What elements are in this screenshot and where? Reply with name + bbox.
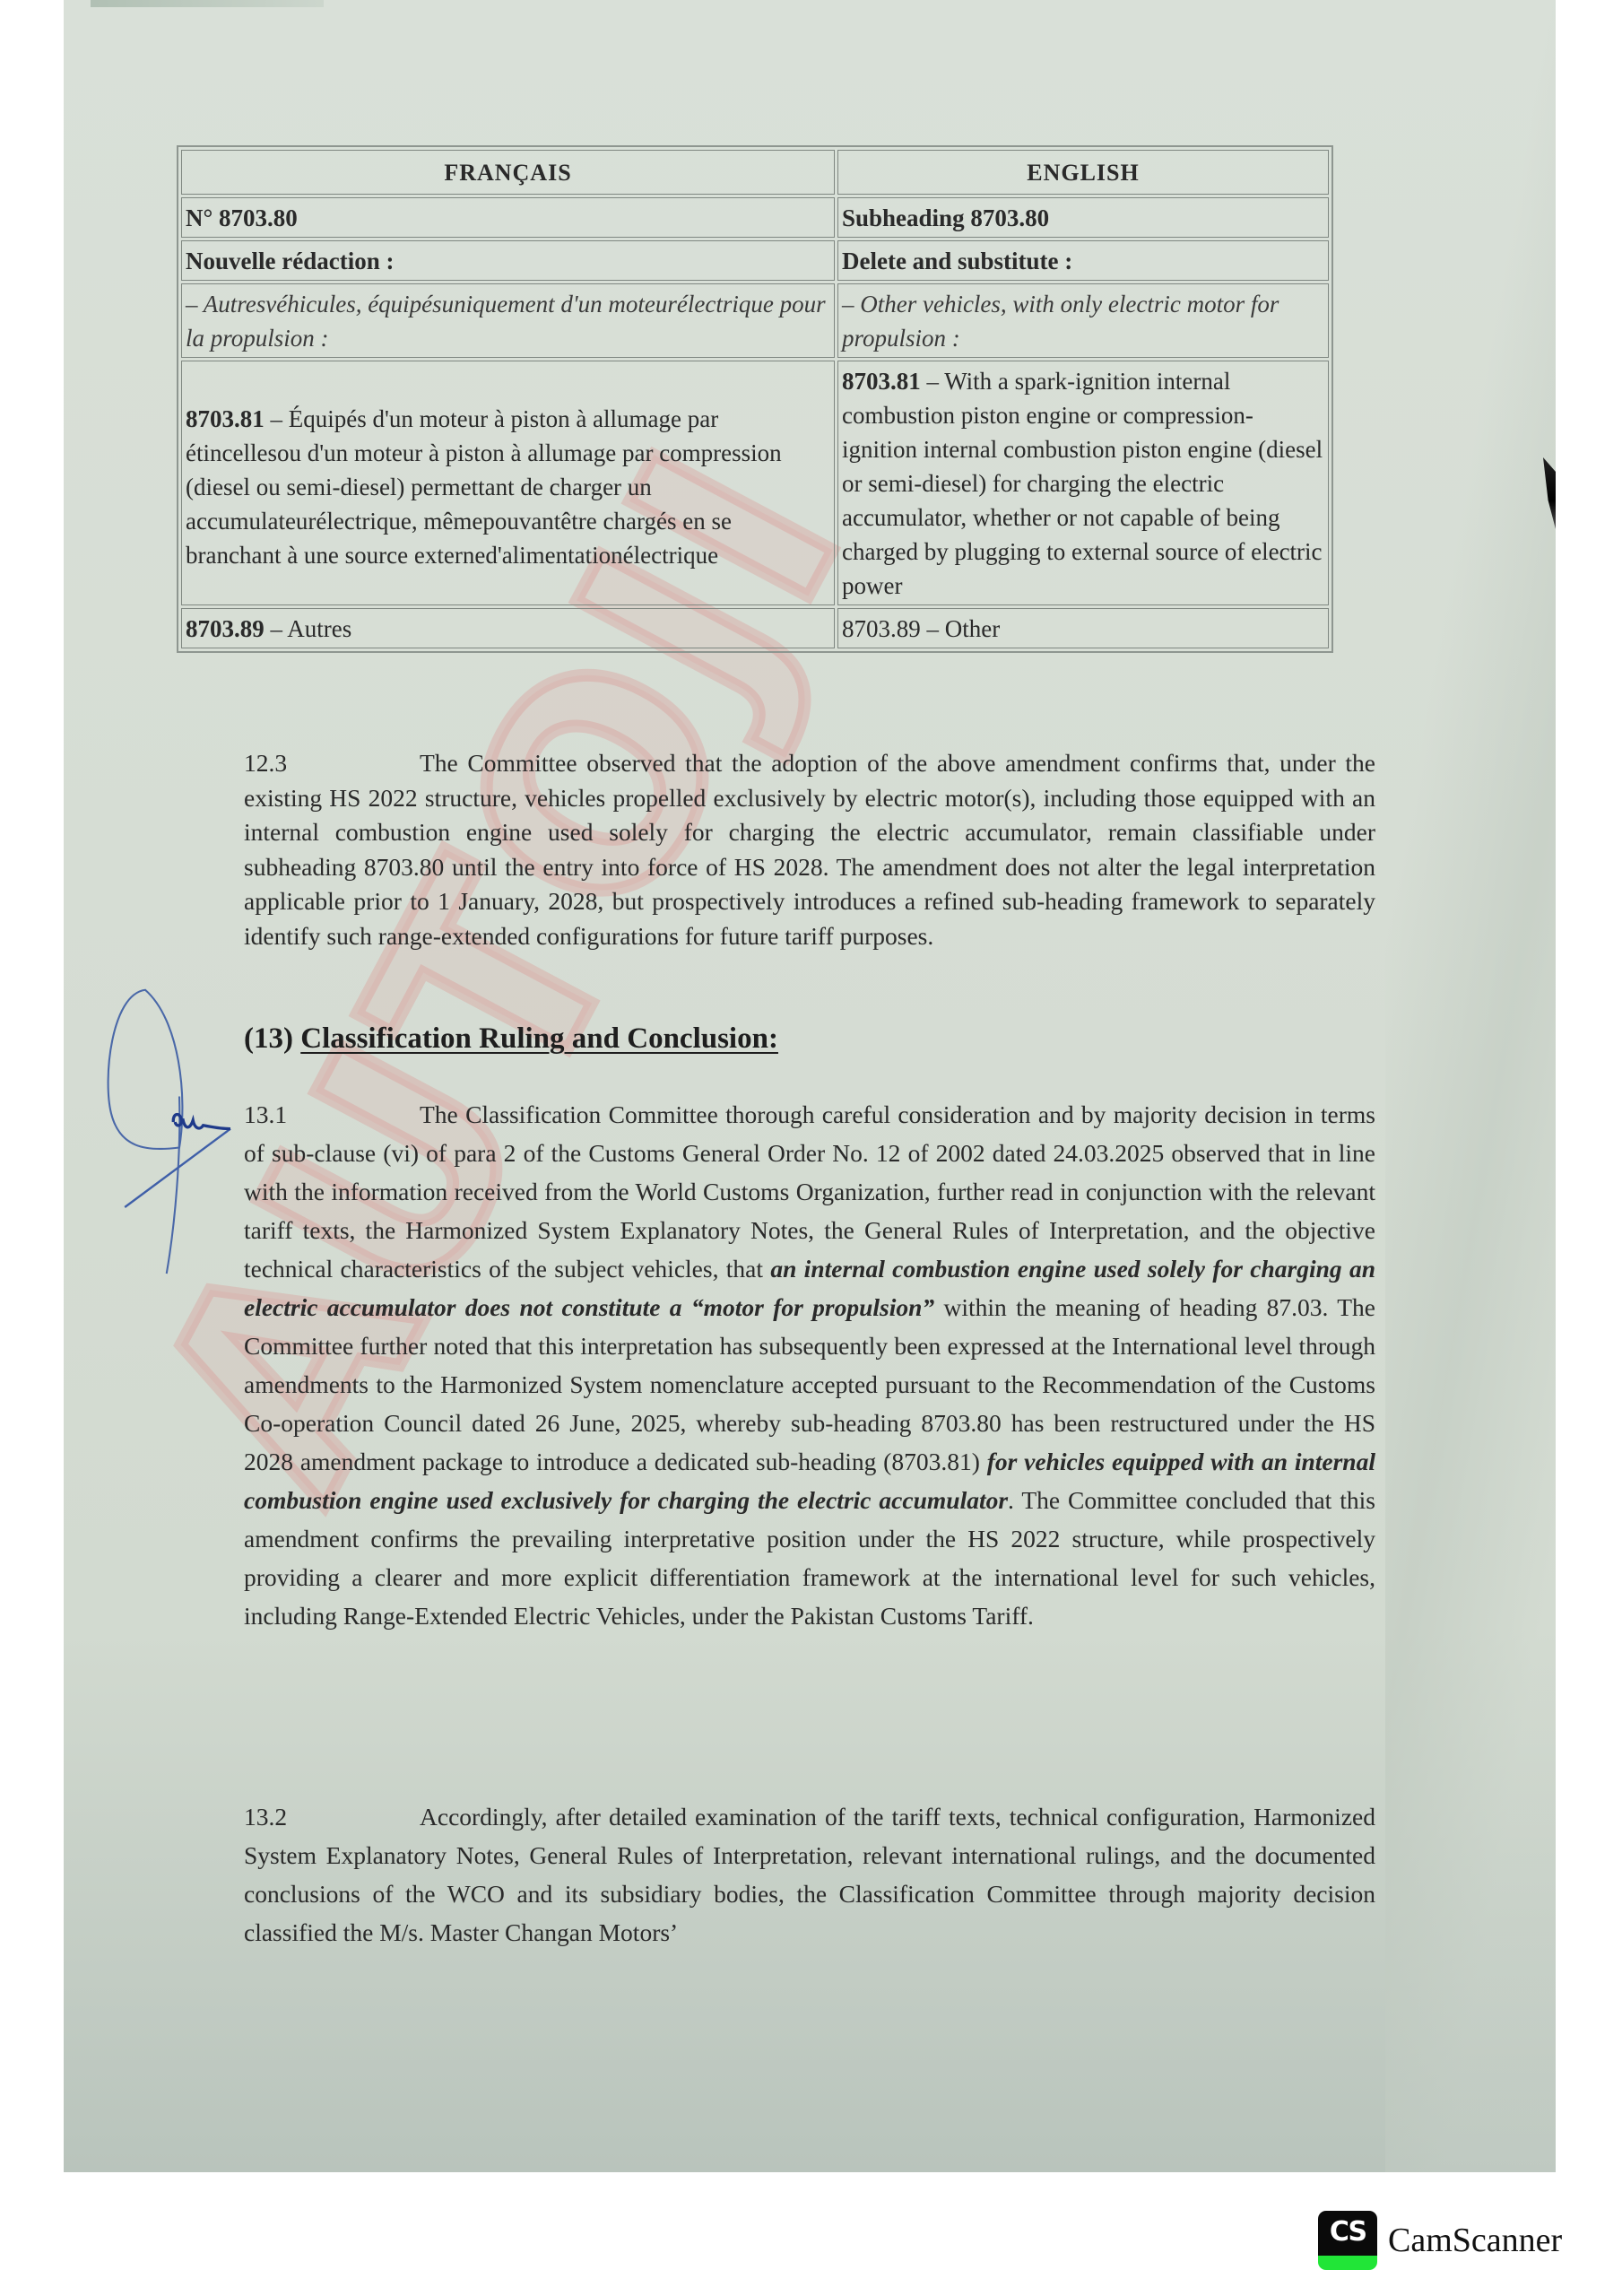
cell-english-8703-89: 8703.89 – Other: [837, 608, 1329, 648]
camscanner-logo-icon: CS: [1318, 2211, 1377, 2270]
paragraph-number: 13.2: [244, 1797, 420, 1836]
cell-french-instruction: Nouvelle rédaction :: [181, 240, 835, 281]
paragraph-13-2: 13.2Accordingly, after detailed examinat…: [244, 1797, 1375, 1952]
tariff-comparison-table: FRANÇAIS ENGLISH N° 8703.80 Subheading 8…: [177, 145, 1333, 653]
cell-english-code: Subheading 8703.80: [837, 197, 1329, 238]
cell-french-description: – Autresvéhicules, équipésuniquement d'u…: [181, 283, 835, 358]
table-row: 8703.89 – Autres 8703.89 – Other: [181, 608, 1329, 648]
table-row: N° 8703.80 Subheading 8703.80: [181, 197, 1329, 238]
page-fold-shadow: [1385, 0, 1556, 2172]
tariff-code: 8703.89: [186, 615, 265, 642]
header-french: FRANÇAIS: [181, 150, 835, 195]
cell-french-code: N° 8703.80: [181, 197, 835, 238]
paragraph-number: 12.3: [244, 746, 420, 781]
header-english: ENGLISH: [837, 150, 1329, 195]
tariff-description: – With a spark-ignition internal combust…: [842, 368, 1323, 599]
page-edge-shadow: [91, 0, 324, 7]
tariff-description: – Équipés d'un moteur à piston à allumag…: [186, 405, 782, 569]
tariff-code: 8703.89: [842, 615, 921, 642]
camscanner-brand: CamScanner: [1388, 2221, 1562, 2260]
tariff-code: 8703.81: [186, 405, 265, 432]
cell-english-instruction: Delete and substitute :: [837, 240, 1329, 281]
table-row: – Autresvéhicules, équipésuniquement d'u…: [181, 283, 1329, 358]
tariff-code: 8703.81: [842, 368, 921, 395]
paragraph-13-1: 13.1The Classification Committee thoroug…: [244, 1095, 1375, 1635]
table-row: Nouvelle rédaction : Delete and substitu…: [181, 240, 1329, 281]
cell-french-8703-81: 8703.81 – Équipés d'un moteur à piston à…: [181, 361, 835, 605]
table-row: 8703.81 – Équipés d'un moteur à piston à…: [181, 361, 1329, 605]
cell-french-8703-89: 8703.89 – Autres: [181, 608, 835, 648]
camscanner-badge: CS CamScanner: [1318, 2211, 1562, 2270]
handwritten-signature-icon: [90, 969, 269, 1309]
paragraph-number: 13.1: [244, 1095, 420, 1134]
cell-english-8703-81: 8703.81 – With a spark-ignition internal…: [837, 361, 1329, 605]
table-header-row: FRANÇAIS ENGLISH: [181, 150, 1329, 195]
paragraph-12-3: 12.3The Committee observed that the adop…: [244, 746, 1375, 953]
tariff-description: – Other: [926, 615, 1000, 642]
section-13-heading: (13) Classification Ruling and Conclusio…: [244, 1022, 778, 1056]
tariff-description: – Autres: [271, 615, 352, 642]
cell-english-description: – Other vehicles, with only electric mot…: [837, 283, 1329, 358]
section-title: Classification Ruling and Conclusion:: [300, 1022, 778, 1055]
